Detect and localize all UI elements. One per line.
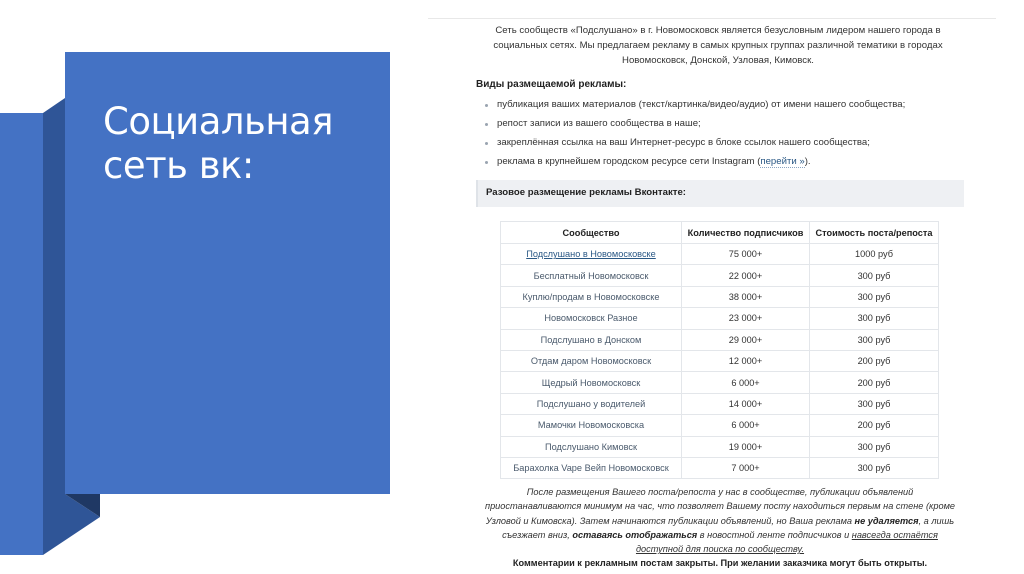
- table-header-row: Сообщество Количество подписчиков Стоимо…: [501, 222, 939, 244]
- subscribers-cell: 6 000+: [682, 415, 810, 436]
- pricing-table: Сообщество Количество подписчиков Стоимо…: [500, 221, 939, 479]
- vk-placement-banner: Разовое размещение рекламы Вконтакте:: [476, 180, 964, 207]
- community-cell: Бесплатный Новомосковск: [501, 265, 682, 286]
- table-row: Подслушано в Новомосковске75 000+1000 ру…: [501, 244, 939, 265]
- vk-ad-info-screenshot: Сеть сообществ «Подслушано» в г. Новомос…: [428, 18, 996, 559]
- community-cell: Подслушано в Донском: [501, 329, 682, 350]
- footnote: После размещения Вашего поста/репоста у …: [480, 485, 960, 571]
- intro-paragraph: Сеть сообществ «Подслушано» в г. Новомос…: [468, 23, 968, 68]
- ad-type-item: реклама в крупнейшем городском ресурсе с…: [476, 155, 905, 174]
- vk-placement-heading: Разовое размещение рекламы Вконтакте:: [486, 187, 686, 198]
- subscribers-cell: 19 000+: [682, 436, 810, 457]
- subscribers-cell: 6 000+: [682, 372, 810, 393]
- emphasis-stays-visible: оставаясь отображаться: [572, 530, 697, 540]
- subscribers-cell: 29 000+: [682, 329, 810, 350]
- emphasis-not-deleted: не удаляется: [855, 516, 919, 526]
- ad-type-item: репост записи из вашего сообщества в наш…: [476, 117, 905, 136]
- instagram-link[interactable]: перейти »: [760, 156, 804, 168]
- community-cell: Куплю/продам в Новомосковске: [501, 286, 682, 307]
- slide-title: Социальная сеть вк:: [103, 100, 373, 188]
- community-cell: Подслушано в Новомосковске: [501, 244, 682, 265]
- table-row: Щедрый Новомосковск6 000+200 руб: [501, 372, 939, 393]
- subscribers-cell: 38 000+: [682, 286, 810, 307]
- table-body: Подслушано в Новомосковске75 000+1000 ру…: [501, 244, 939, 479]
- community-cell: Барахолка Vape Вейп Новомосковск: [501, 457, 682, 478]
- comments-note: Комментарии к рекламным постам закрыты. …: [480, 556, 960, 570]
- price-cell: 300 руб: [810, 436, 939, 457]
- price-cell: 300 руб: [810, 457, 939, 478]
- price-cell: 300 руб: [810, 393, 939, 414]
- price-cell: 200 руб: [810, 372, 939, 393]
- price-cell: 300 руб: [810, 329, 939, 350]
- subscribers-cell: 23 000+: [682, 308, 810, 329]
- community-cell: Новомосковск Разное: [501, 308, 682, 329]
- column-header-community: Сообщество: [501, 222, 682, 244]
- price-cell: 300 руб: [810, 286, 939, 307]
- table-row: Подслушано Кимовск19 000+300 руб: [501, 436, 939, 457]
- ad-types-list: публикация ваших материалов (текст/карти…: [476, 98, 905, 174]
- ad-type-item: публикация ваших материалов (текст/карти…: [476, 98, 905, 117]
- price-cell: 200 руб: [810, 350, 939, 371]
- column-header-price: Стоимость поста/репоста: [810, 222, 939, 244]
- community-link[interactable]: Подслушано в Новомосковске: [526, 249, 656, 259]
- subscribers-cell: 12 000+: [682, 350, 810, 371]
- column-header-subscribers: Количество подписчиков: [682, 222, 810, 244]
- ribbon-left-strip: [0, 113, 43, 555]
- subscribers-cell: 22 000+: [682, 265, 810, 286]
- price-cell: 1000 руб: [810, 244, 939, 265]
- community-cell: Отдам даром Новомосковск: [501, 350, 682, 371]
- table-row: Барахолка Vape Вейп Новомосковск7 000+30…: [501, 457, 939, 478]
- community-cell: Щедрый Новомосковск: [501, 372, 682, 393]
- price-cell: 200 руб: [810, 415, 939, 436]
- table-row: Бесплатный Новомосковск22 000+300 руб: [501, 265, 939, 286]
- table-row: Отдам даром Новомосковск12 000+200 руб: [501, 350, 939, 371]
- table-row: Подслушано у водителей14 000+300 руб: [501, 393, 939, 414]
- subscribers-cell: 7 000+: [682, 457, 810, 478]
- community-cell: Подслушано у водителей: [501, 393, 682, 414]
- table-row: Новомосковск Разное23 000+300 руб: [501, 308, 939, 329]
- ribbon-fold-top: [43, 98, 65, 494]
- community-cell: Мамочки Новомосковска: [501, 415, 682, 436]
- price-cell: 300 руб: [810, 265, 939, 286]
- ad-types-heading: Виды размещаемой рекламы:: [476, 79, 626, 90]
- table-row: Подслушано в Донском29 000+300 руб: [501, 329, 939, 350]
- price-cell: 300 руб: [810, 308, 939, 329]
- ad-type-item: закреплённая ссылка на ваш Интернет-ресу…: [476, 136, 905, 155]
- slide-title-line1: Социальная: [103, 100, 373, 144]
- table-row: Куплю/продам в Новомосковске38 000+300 р…: [501, 286, 939, 307]
- subscribers-cell: 14 000+: [682, 393, 810, 414]
- community-cell: Подслушано Кимовск: [501, 436, 682, 457]
- subscribers-cell: 75 000+: [682, 244, 810, 265]
- slide-title-line2: сеть вк:: [103, 144, 373, 188]
- table-row: Мамочки Новомосковска6 000+200 руб: [501, 415, 939, 436]
